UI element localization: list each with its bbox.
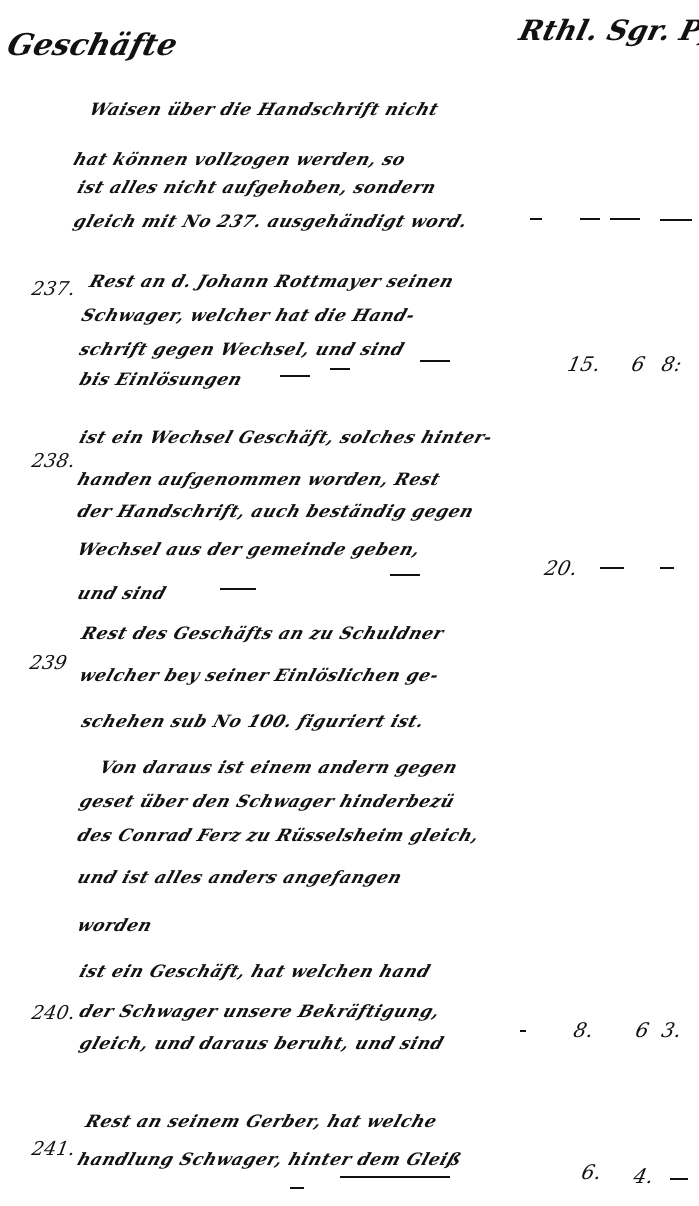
- intro-line: Waisen über die Handschrift nicht: [87, 100, 442, 120]
- entry-line: welcher bey seiner Einlöslichen ge-: [77, 666, 442, 686]
- entry-line: schehen sub No 100. figuriert ist.: [79, 712, 427, 732]
- header-left-title: Geschäfte: [4, 28, 181, 63]
- dash-mark: [390, 574, 420, 576]
- dash-mark: [530, 218, 542, 220]
- amount-groschen: 6: [633, 1018, 651, 1042]
- entry-line: ist ein Geschäft, hat welchen hand: [77, 962, 433, 982]
- dash-mark: [330, 368, 350, 370]
- amount-pfennig-dash: [660, 567, 674, 569]
- entry-line: schrift gegen Wechsel, und sind: [77, 340, 407, 360]
- entry-number: 240.: [30, 1002, 77, 1024]
- continuation-line: und ist alles anders angefangen: [75, 868, 405, 888]
- continuation-line: worden: [75, 916, 155, 936]
- entry-number: 239: [28, 652, 69, 674]
- entry-number: 237.: [30, 278, 77, 300]
- dash-mark: [520, 1030, 526, 1032]
- dash-mark: [610, 218, 640, 220]
- amount-pfennig: 8:: [659, 352, 684, 376]
- entry-line: der Handschrift, auch beständig gegen: [75, 502, 477, 522]
- amount-thaler: 8.: [571, 1018, 596, 1042]
- dash-mark: [280, 375, 310, 377]
- amount-groschen: 6: [629, 352, 647, 376]
- entry-line: handen aufgenommen worden, Rest: [75, 470, 443, 490]
- entry-line: Schwager, welcher hat die Hand-: [79, 306, 418, 326]
- entry-line: Rest an d. Johann Rottmayer seinen: [87, 272, 457, 292]
- amount-thaler: 6.: [579, 1160, 604, 1184]
- amount-thaler: 20.: [542, 556, 580, 580]
- entry-line: gleich, und daraus beruht, und sind: [77, 1034, 447, 1054]
- dash-mark: [660, 219, 692, 221]
- header-right-currency-columns: Rthl. Sgr. Pf.: [516, 14, 699, 47]
- amount-pfennig: 3.: [659, 1018, 684, 1042]
- continuation-line: Von daraus ist einem andern gegen: [97, 758, 461, 778]
- amount-groschen: 4.: [631, 1164, 656, 1188]
- entry-line: handlung Schwager, hinter dem Gleiß: [75, 1150, 464, 1170]
- amount-groschen-dash: [600, 567, 624, 569]
- amount-pfennig-dash: [670, 1178, 688, 1180]
- amount-thaler: 15.: [565, 352, 603, 376]
- entry-line: der Schwager unsere Bekräftigung,: [77, 1002, 443, 1022]
- underline-mark: [340, 1176, 450, 1178]
- entry-number: 241.: [30, 1138, 77, 1160]
- intro-line: hat können vollzogen werden, so: [71, 150, 408, 170]
- intro-line: gleich mit No 237. ausgehändigt word.: [71, 212, 470, 232]
- ledger-page: Geschäfte Rthl. Sgr. Pf. Waisen über die…: [0, 0, 699, 1206]
- entry-number: 238.: [30, 450, 77, 472]
- dash-mark: [290, 1187, 304, 1189]
- dash-mark: [580, 218, 600, 220]
- intro-line: ist alles nicht aufgehoben, sondern: [75, 178, 439, 198]
- entry-line: Wechsel aus der gemeinde geben,: [75, 540, 423, 560]
- entry-line: Rest an seinem Gerber, hat welche: [83, 1112, 440, 1132]
- dash-mark: [420, 360, 450, 362]
- entry-line: ist ein Wechsel Geschäft, solches hinter…: [77, 428, 495, 448]
- continuation-line: geset über den Schwager hinderbezü: [77, 792, 457, 812]
- entry-line: bis Einlösungen: [77, 370, 245, 390]
- entry-line: Rest des Geschäfts an zu Schuldner: [79, 624, 447, 644]
- continuation-line: des Conrad Ferz zu Rüsselsheim gleich,: [75, 826, 482, 846]
- dash-mark: [220, 588, 256, 590]
- entry-line: und sind: [75, 584, 169, 604]
